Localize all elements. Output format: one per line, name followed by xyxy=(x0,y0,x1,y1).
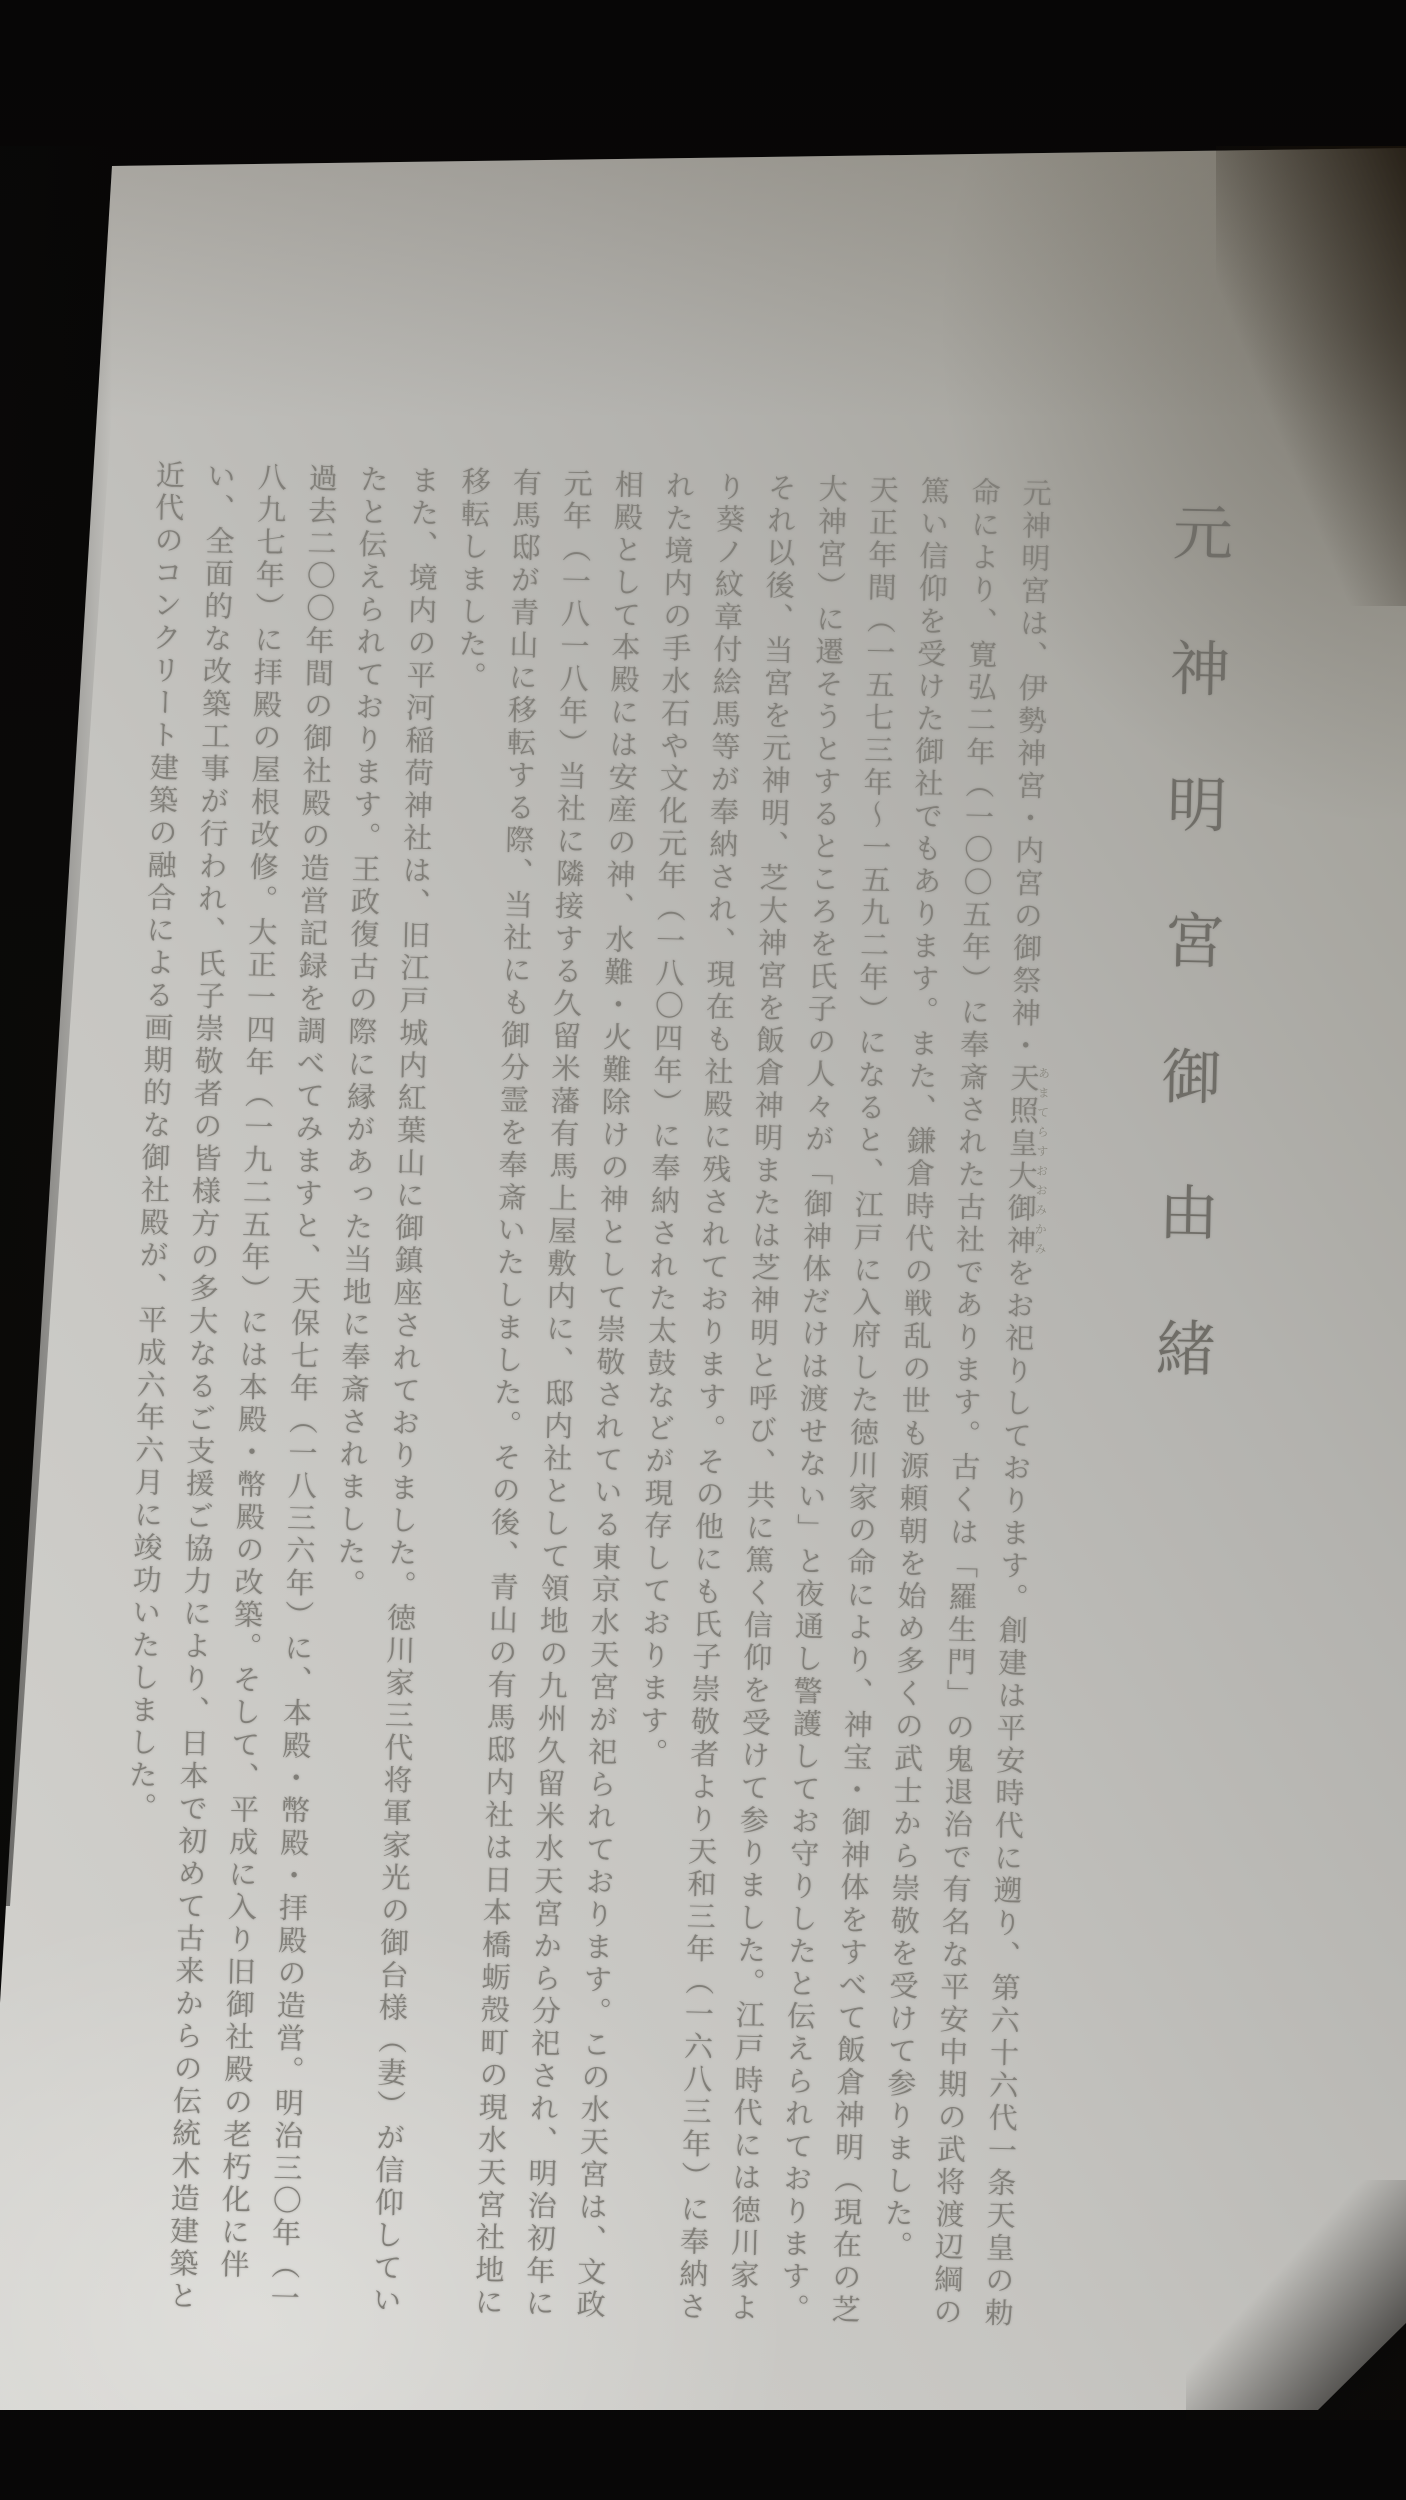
paragraph-suitengu: 相殿として本殿には安産の神、水難・火難除けの神として崇敬されている東京水天宮が祀… xyxy=(409,466,652,2330)
deity-name-furigana: あまてらすおおみかみ xyxy=(1033,1063,1051,1258)
deity-name-with-furigana: 天照皇大御神あまてらすおおみかみ xyxy=(1003,1062,1039,1258)
paragraph-rebuilding-history: 過去二〇〇年間の御社殿の造営記録を調べてみますと、天保七年（一八三六年）に、本殿… xyxy=(103,459,346,2323)
background-shadow-bottom-right xyxy=(1186,2180,1406,2420)
photo-of-shrine-history-notice: 元神明宮御由緒 元神明宮は、伊勢神宮・内宮の御祭神・天照皇大御神あまてらすおおみ… xyxy=(0,0,1406,2500)
paragraph-origin-lead: 元神明宮は、伊勢神宮・内宮の御祭神・ xyxy=(1007,478,1051,1064)
document-body: 元神明宮は、伊勢神宮・内宮の御祭神・天照皇大御神あまてらすおおみかみをお祀りして… xyxy=(103,459,1062,2338)
vertical-text-block: 元神明宮御由緒 元神明宮は、伊勢神宮・内宮の御祭神・天照皇大御神あまてらすおおみ… xyxy=(53,458,1232,2341)
paragraph-edo-period: 天正年間（一五七三年〜一五九二年）になると、江戸に入府した徳川家の命により、神宝… xyxy=(613,470,907,2335)
background-shadow-top-right xyxy=(1216,146,1406,606)
paragraph-origin-rest: をお祀りしております。創建は平安時代に遡り、第六十六代一条天皇の勅命により、寛弘… xyxy=(880,475,1035,2330)
